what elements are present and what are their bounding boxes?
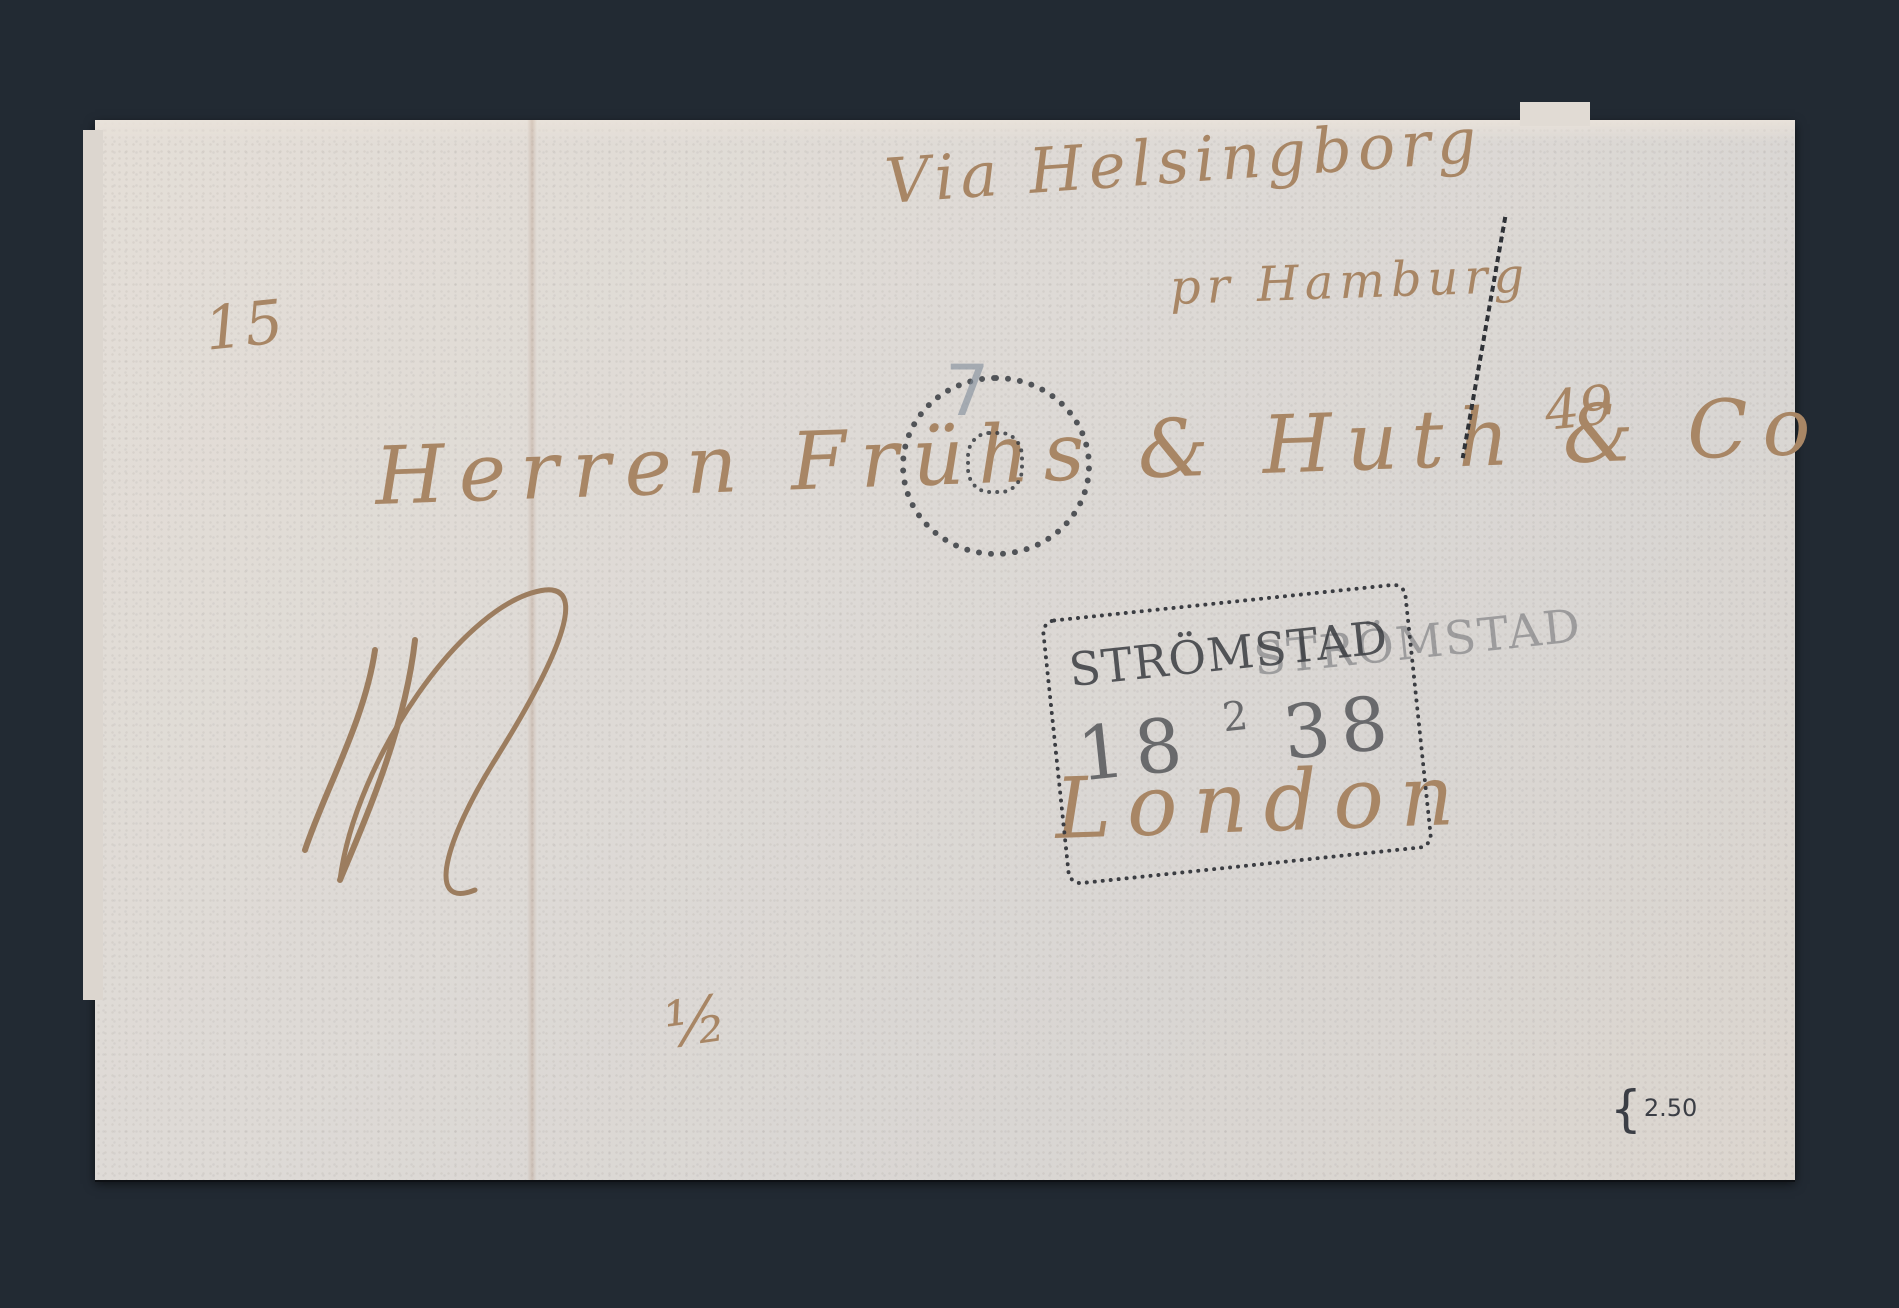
weight-mark: ½ xyxy=(660,981,738,1064)
datestamp-date: 18 2 38 xyxy=(1054,675,1421,800)
datestamp-month: 2 xyxy=(1220,693,1250,741)
pencil-bracket: { xyxy=(1610,1080,1642,1138)
manuscript-rate-left: 15 xyxy=(201,287,288,365)
pencil-numeral: 7 xyxy=(945,350,990,432)
routing-instruction-per: pr Hamburg xyxy=(1169,247,1531,316)
folded-letter: Via Helsingborg pr Hamburg 15 49 Herren … xyxy=(95,120,1795,1180)
pencil-price-note: {2.50 xyxy=(1610,1080,1697,1138)
pencil-price-value: 2.50 xyxy=(1644,1094,1697,1122)
letter-left-flap xyxy=(83,130,103,1000)
datestamp-year: 38 xyxy=(1279,679,1402,776)
stromstad-boxed-datestamp: STRÖMSTAD 18 2 38 xyxy=(1040,582,1434,887)
addressee-line: Herren Frühs & Huth & Co xyxy=(373,379,1826,523)
datestamp-day: 18 xyxy=(1073,701,1196,798)
manuscript-flourish-icon xyxy=(245,560,665,920)
letter-top-tab xyxy=(1520,102,1590,126)
circular-handstamp-icon xyxy=(900,375,1092,557)
